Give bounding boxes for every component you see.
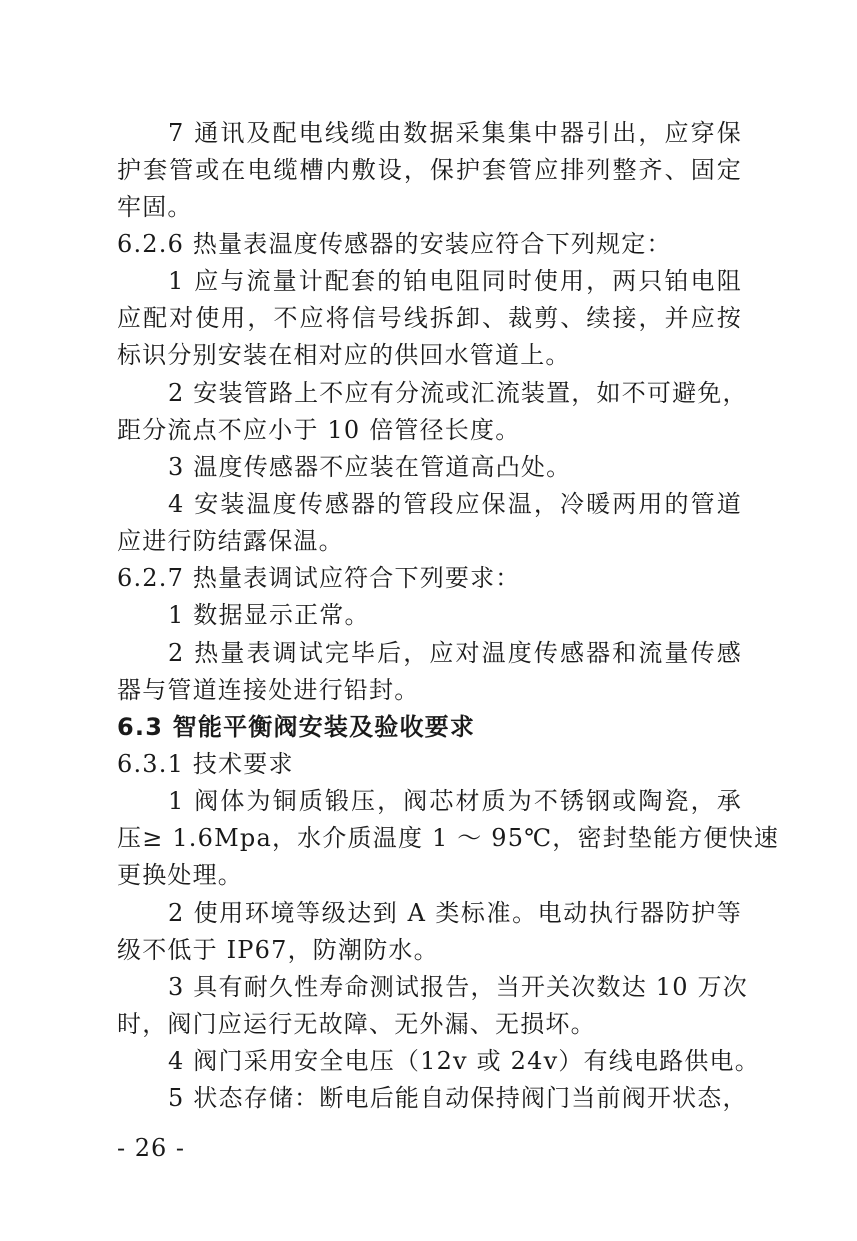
clause-6-2-7-item-1: 1 数据显示正常。 — [168, 600, 742, 630]
clause-6-2-6-title: 6.2.6 热量表温度传感器的安装应符合下列规定： — [117, 229, 742, 259]
clause-6-2-7-item-2-line-1: 2 热量表调试完毕后，应对温度传感器和流量传感 — [168, 638, 742, 668]
clause-6-3-1-title: 6.3.1 技术要求 — [117, 749, 742, 779]
clause-6-3-1-item-3-line-1: 3 具有耐久性寿命测试报告，当开关次数达 10 万次 — [168, 972, 742, 1002]
clause-6-3-1-item-1-line-2: 压≥ 1.6Mpa，水介质温度 1 ～ 95℃，密封垫能方便快速 — [117, 823, 742, 853]
clause-6-3-1-item-1-line-1: 1 阀体为铜质锻压，阀芯材质为不锈钢或陶瓷，承 — [168, 786, 742, 816]
clause-6-2-6-item-1-line-2: 应配对使用，不应将信号线拆卸、裁剪、续接，并应按 — [117, 303, 742, 333]
clause-6-2-6-item-2-line-2: 距分流点不应小于 10 倍管径长度。 — [117, 415, 742, 445]
clause-6-3-1-item-2-line-1: 2 使用环境等级达到 A 类标准。电动执行器防护等 — [168, 898, 742, 928]
para-7-line-1: 7 通讯及配电线缆由数据采集集中器引出，应穿保 — [168, 118, 742, 148]
clause-6-2-6-item-4-line-1: 4 安装温度传感器的管段应保温，冷暖两用的管道 — [168, 489, 742, 519]
clause-6-2-6-item-2-line-1: 2 安装管路上不应有分流或汇流装置，如不可避免， — [168, 378, 742, 408]
clause-6-3-1-item-4: 4 阀门采用安全电压（12v 或 24v）有线电路供电。 — [168, 1046, 742, 1076]
clause-6-2-6-item-4-line-2: 应进行防结露保温。 — [117, 526, 742, 556]
clause-6-3-1-item-5-line-1: 5 状态存储：断电后能自动保持阀门当前阀开状态， — [168, 1083, 742, 1113]
clause-6-2-7-title: 6.2.7 热量表调试应符合下列要求： — [117, 563, 742, 593]
page-number: - 26 - — [117, 1133, 185, 1163]
clause-6-3-1-item-2-line-2: 级不低于 IP67，防潮防水。 — [117, 935, 742, 965]
clause-6-2-6-item-3: 3 温度传感器不应装在管道高凸处。 — [168, 452, 742, 482]
clause-6-3-1-item-1-line-3: 更换处理。 — [117, 860, 742, 890]
para-7-line-3: 牢固。 — [117, 192, 742, 222]
clause-6-2-6-item-1-line-3: 标识分别安装在相对应的供回水管道上。 — [117, 340, 742, 370]
clause-6-3-1-item-3-line-2: 时，阀门应运行无故障、无外漏、无损坏。 — [117, 1009, 742, 1039]
clause-6-2-6-item-1-line-1: 1 应与流量计配套的铂电阻同时使用，两只铂电阻 — [168, 266, 742, 296]
document-page: 7 通讯及配电线缆由数据采集集中器引出，应穿保 护套管或在电缆槽内敷设，保护套管… — [0, 0, 857, 1241]
clause-6-2-7-item-2-line-2: 器与管道连接处进行铅封。 — [117, 675, 742, 705]
section-6-3-heading: 6.3 智能平衡阀安装及验收要求 — [117, 712, 742, 742]
para-7-line-2: 护套管或在电缆槽内敷设，保护套管应排列整齐、固定 — [117, 155, 742, 185]
